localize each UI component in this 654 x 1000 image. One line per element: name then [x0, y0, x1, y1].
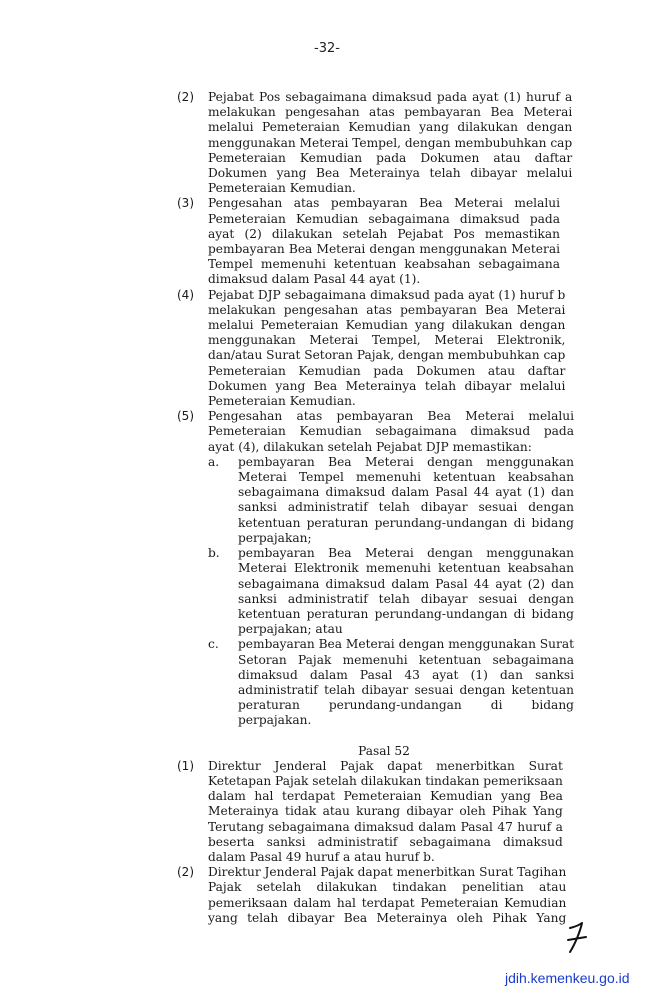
text-line: ketentuan peraturan perundang-undangan d…	[238, 607, 574, 622]
paragraph-text: Direktur Jenderal Pajak dapat menerbitka…	[208, 759, 563, 865]
text-line: perpajakan.	[238, 713, 574, 728]
numbered-paragraph: (3)Pengesahan atas pembayaran Bea Metera…	[177, 196, 560, 287]
text-line: Pengesahan atas pembayaran Bea Meterai m…	[208, 409, 574, 424]
text-line: Dokumen yang Bea Meterainya telah dibaya…	[208, 166, 572, 181]
text-line: perpajakan;	[238, 531, 574, 546]
lettered-subitem: a.pembayaran Bea Meterai dengan mengguna…	[208, 455, 574, 546]
text-line: Pemeteraian Kemudian pada Dokumen atau d…	[208, 151, 572, 166]
text-line: dalam hal terdapat Pemeteraian Kemudian …	[208, 789, 563, 804]
text-line: dan/atau Surat Setoran Pajak, dengan mem…	[208, 348, 565, 363]
text-line: Pemeteraian Kemudian pada Dokumen atau d…	[208, 364, 565, 379]
subitem-text: pembayaran Bea Meterai dengan menggunaka…	[238, 546, 574, 637]
text-line: melakukan pengesahan atas pembayaran Bea…	[208, 303, 565, 318]
text-line: Tempel memenuhi ketentuan keabsahan seba…	[208, 257, 560, 272]
text-line: administratif telah dibayar sesuai denga…	[238, 683, 574, 698]
text-line: Meterai Tempel memenuhi ketentuan keabsa…	[238, 470, 574, 485]
paragraph-number: (3)	[177, 196, 208, 287]
paragraph-number: (2)	[177, 90, 208, 196]
numbered-paragraph: (2)Direktur Jenderal Pajak dapat menerbi…	[177, 865, 560, 926]
text-line: pembayaran Bea Meterai dengan menggunaka…	[208, 242, 560, 257]
paragraph-text: Pejabat Pos sebagaimana dimaksud pada ay…	[208, 90, 572, 196]
text-line: dimaksud dalam Pasal 43 ayat (1) dan san…	[238, 668, 574, 683]
numbered-paragraph: (1)Direktur Jenderal Pajak dapat menerbi…	[177, 759, 560, 865]
section-pasal-51-continued: (2)Pejabat Pos sebagaimana dimaksud pada…	[177, 90, 560, 729]
text-line: Pemeteraian Kemudian sebagaimana dimaksu…	[208, 212, 560, 227]
subitem-letter: c.	[208, 637, 238, 728]
text-line: sanksi administratif telah dibayar sesua…	[238, 592, 574, 607]
text-line: Direktur Jenderal Pajak dapat menerbitka…	[208, 759, 563, 774]
text-line: peraturan perundang-undangan di bidang	[238, 698, 574, 713]
text-line: menggunakan Meterai Tempel, dengan membu…	[208, 136, 572, 151]
paragraph-text: Pengesahan atas pembayaran Bea Meterai m…	[208, 409, 574, 728]
paragraph-text: Direktur Jenderal Pajak dapat menerbitka…	[208, 865, 566, 926]
numbered-paragraph: (2)Pejabat Pos sebagaimana dimaksud pada…	[177, 90, 560, 196]
text-line: pemeriksaan dalam hal terdapat Pemeterai…	[208, 896, 566, 911]
text-line: Setoran Pajak memenuhi ketentuan sebagai…	[238, 653, 574, 668]
text-line: dimaksud dalam Pasal 44 ayat (1).	[208, 272, 560, 287]
text-line: sebagaimana dimaksud dalam Pasal 44 ayat…	[238, 485, 574, 500]
subitem-letter: b.	[208, 546, 238, 637]
paragraph-text: Pejabat DJP sebagaimana dimaksud pada ay…	[208, 288, 565, 410]
numbered-paragraph: (4)Pejabat DJP sebagaimana dimaksud pada…	[177, 288, 560, 410]
paragraph-number: (2)	[177, 865, 208, 926]
footer-source-link[interactable]: jdih.kemenkeu.go.id	[505, 970, 630, 986]
text-line: melakukan pengesahan atas pembayaran Bea…	[208, 105, 572, 120]
text-line: pembayaran Bea Meterai dengan menggunaka…	[238, 546, 574, 561]
lettered-subitem: c.pembayaran Bea Meterai dengan mengguna…	[208, 637, 574, 728]
text-line: Meterai Elektronik memenuhi ketentuan ke…	[238, 561, 574, 576]
text-line: dalam Pasal 49 huruf a atau huruf b.	[208, 850, 563, 865]
paragraph-text: Pengesahan atas pembayaran Bea Meterai m…	[208, 196, 560, 287]
text-line: pembayaran Bea Meterai dengan menggunaka…	[238, 455, 574, 470]
text-line: yang telah dibayar Bea Meterainya oleh P…	[208, 911, 566, 926]
text-line: ayat (2) dilakukan setelah Pejabat Pos m…	[208, 227, 560, 242]
text-line: ayat (4), dilakukan setelah Pejabat DJP …	[208, 440, 574, 455]
text-line: melalui Pemeteraian Kemudian yang dilaku…	[208, 318, 565, 333]
numbered-paragraph: (5)Pengesahan atas pembayaran Bea Metera…	[177, 409, 560, 728]
text-line: perpajakan; atau	[238, 622, 574, 637]
text-line: Pemeteraian Kemudian.	[208, 394, 565, 409]
document-body: (2)Pejabat Pos sebagaimana dimaksud pada…	[177, 90, 560, 926]
text-line: Direktur Jenderal Pajak dapat menerbitka…	[208, 865, 566, 880]
text-line: sebagaimana dimaksud dalam Pasal 44 ayat…	[238, 577, 574, 592]
text-line: Pemeteraian Kemudian.	[208, 181, 572, 196]
pasal-heading: Pasal 52	[177, 744, 560, 759]
text-line: melalui Pemeteraian Kemudian yang dilaku…	[208, 120, 572, 135]
text-line: Pejabat Pos sebagaimana dimaksud pada ay…	[208, 90, 572, 105]
text-line: Dokumen yang Bea Meterainya telah dibaya…	[208, 379, 565, 394]
signature-initial-icon	[560, 920, 600, 965]
text-line: Meterainya tidak atau kurang dibayar ole…	[208, 804, 563, 819]
subitem-text: pembayaran Bea Meterai dengan menggunaka…	[238, 637, 574, 728]
text-line: ketentuan peraturan perundang-undangan d…	[238, 516, 574, 531]
text-line: sanksi administratif telah dibayar sesua…	[238, 500, 574, 515]
text-line: pembayaran Bea Meterai dengan menggunaka…	[238, 637, 574, 652]
text-line: Terutang sebagaimana dimaksud dalam Pasa…	[208, 820, 563, 835]
subitem-letter: a.	[208, 455, 238, 546]
text-line: menggunakan Meterai Tempel, Meterai Elek…	[208, 333, 565, 348]
subitem-text: pembayaran Bea Meterai dengan menggunaka…	[238, 455, 574, 546]
page-number: -32-	[0, 41, 654, 56]
paragraph-number: (1)	[177, 759, 208, 865]
paragraph-number: (5)	[177, 409, 208, 728]
section-pasal-52: (1)Direktur Jenderal Pajak dapat menerbi…	[177, 759, 560, 926]
text-line: Ketetapan Pajak setelah dilakukan tindak…	[208, 774, 563, 789]
text-line: Pengesahan atas pembayaran Bea Meterai m…	[208, 196, 560, 211]
text-line: Pemeteraian Kemudian sebagaimana dimaksu…	[208, 424, 574, 439]
text-line: Pajak setelah dilakukan tindakan penelit…	[208, 880, 566, 895]
paragraph-number: (4)	[177, 288, 208, 410]
text-line: beserta sanksi administratif sebagaimana…	[208, 835, 563, 850]
text-line: Pejabat DJP sebagaimana dimaksud pada ay…	[208, 288, 565, 303]
lettered-subitem: b.pembayaran Bea Meterai dengan mengguna…	[208, 546, 574, 637]
